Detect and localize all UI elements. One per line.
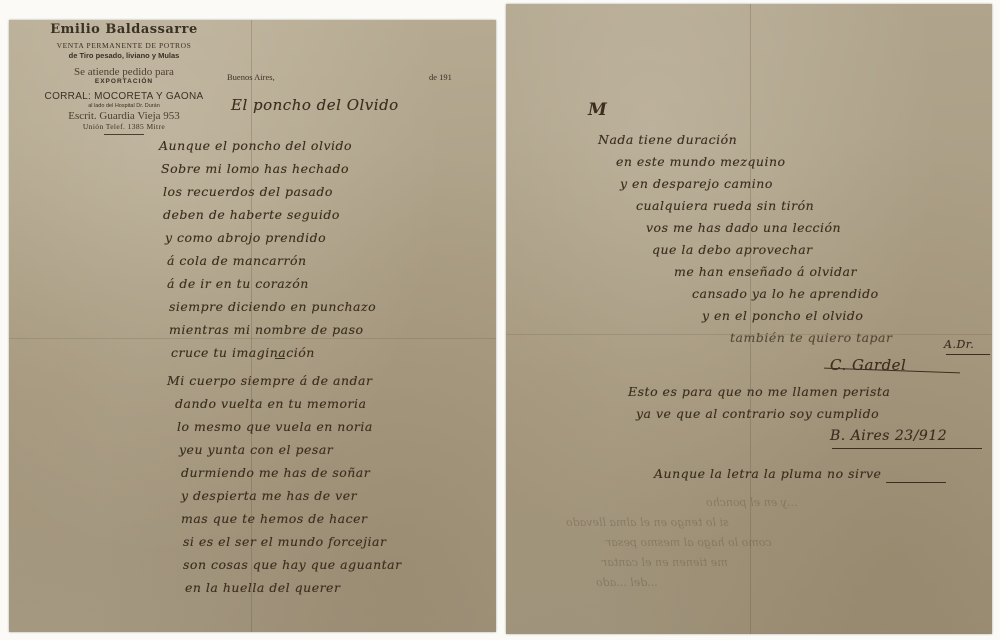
initials: A.Dr. (944, 338, 974, 351)
poem-line: si es el ser el mundo forcejiar (183, 534, 386, 549)
letterhead-line: de Tiro pesado, liviano y Mulas (9, 51, 239, 60)
fold-crease (9, 338, 496, 339)
poem-title: El poncho del Olvido (231, 96, 399, 114)
poem-line: siempre diciendo en punchazo (169, 299, 376, 314)
letterhead-line: Unión Telef. 1385 Mitre (9, 122, 239, 131)
postscript: Aunque la letra la pluma no sirve (654, 466, 881, 481)
poem-line: mientras mi nombre de paso (169, 322, 364, 337)
letterhead-divider (104, 134, 144, 135)
poem-line: durmiendo me has de soñar (181, 465, 370, 480)
letterhead-line: Se atiende pedido para (9, 66, 239, 78)
poem-line: y despierta me has de ver (181, 488, 357, 503)
poem-line: me han enseñado á olvidar (674, 264, 857, 279)
initials-underline (946, 354, 990, 355)
poem-line: también te quiero tapar (730, 330, 892, 345)
poem-line: dando vuelta en tu memoria (175, 396, 367, 411)
poem-line: á cola de mancarrón (167, 253, 307, 268)
poem-line: Nada tiene duración (598, 132, 737, 147)
date-line: B. Aires 23/912 (830, 428, 947, 444)
postscript-underline (886, 482, 946, 483)
date-label: de 191 (429, 72, 452, 82)
poem-line: lo mesmo que vuela en noria (177, 419, 373, 434)
poem-line: á de ir en tu corazón (167, 276, 309, 291)
poem-line: y en desparejo camino (620, 176, 773, 191)
letterhead-line: CORRAL: MOCORETA Y GAONA (9, 91, 239, 102)
letterhead-name: Emilio Baldassarre (9, 22, 239, 37)
poem-line: yeu yunta con el pesar (179, 442, 333, 457)
letter-page-left: Emilio Baldassarre VENTA PERMANENTE DE P… (9, 20, 496, 632)
poem-line: deben de haberte seguido (163, 207, 340, 222)
letterhead: Emilio Baldassarre VENTA PERMANENTE DE P… (9, 20, 239, 135)
poem-line: Mi cuerpo siempre á de andar (167, 373, 372, 388)
poem-line: en la huella del querer (185, 580, 340, 595)
poem-line: vos me has dado una lección (646, 220, 841, 235)
poem-line: y como abrojo prendido (165, 230, 326, 245)
bleed-line: me tienen en el cantar (602, 556, 728, 569)
corner-mark: M (588, 100, 607, 120)
letter-page-right: M Nada tiene duración en este mundo mezq… (506, 4, 992, 634)
signature: C. Gardel (830, 356, 906, 374)
poem-line: en este mundo mezquino (616, 154, 786, 169)
poem-line: que la debo aprovechar (652, 242, 813, 257)
letterhead-line: VENTA PERMANENTE DE POTROS (9, 41, 239, 50)
date-underline (832, 448, 982, 449)
letterhead-line: Escrit. Guardia Vieja 953 (9, 110, 239, 122)
note-line: Esto es para que no me llamen perista (628, 384, 890, 399)
poem-line: cansado ya lo he aprendido (692, 286, 879, 301)
bleed-line: ...del ...ado (596, 576, 658, 589)
poem-line: son cosas que hay que aguantar (183, 557, 402, 572)
poem-line: Sobre mi lomo has hechado (161, 161, 349, 176)
bleed-line: si lo tengo en el alma llevado (566, 516, 729, 529)
poem-line: cualquiera rueda sin tirón (636, 198, 814, 213)
stanza-separator (275, 358, 285, 359)
letterhead-line: al lado del Hospital Dr. Durán (9, 103, 239, 109)
bleed-line: como lo hago al mesmo pesar (606, 536, 772, 549)
poem-line: los recuerdos del pasado (163, 184, 333, 199)
poem-line: Aunque el poncho del olvido (159, 138, 352, 153)
place-label: Buenos Aires, (227, 72, 275, 82)
note-line: ya ve que al contrario soy cumplido (636, 406, 879, 421)
letterhead-line: EXPORTACIÓN (9, 78, 239, 85)
poem-line: mas que te hemos de hacer (181, 511, 367, 526)
poem-line: cruce tu imaginación (171, 345, 315, 360)
poem-line: y en el poncho el olvido (702, 308, 863, 323)
bleed-line: ...y en el poncho (706, 496, 797, 509)
